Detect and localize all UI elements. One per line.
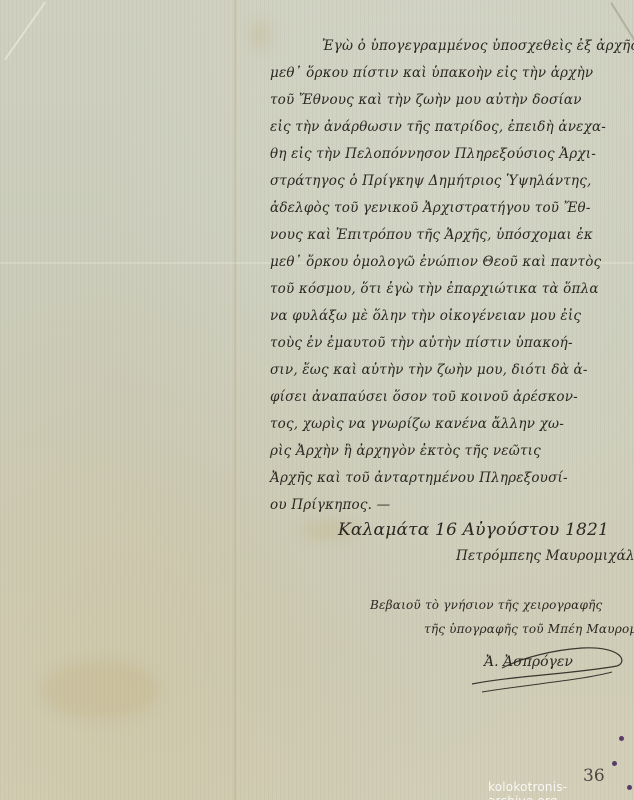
body-line: θη εἰς τὴν Πελοπόννησον Πληρεξούσιος Ἀρχ… [270,146,596,162]
attestation-line: τῆς ὑπογραφῆς τοῦ Μπέη Μαυρομιχάλη [424,622,634,636]
body-line: ου Πρίγκηπος. — [270,497,390,513]
attestation-line: Βεβαιοῦ τὸ γνήσιον τῆς χειρογραφῆς [370,598,602,612]
paper-stain [250,20,270,50]
body-line: μεθ᾽ ὅρκου πίστιν καὶ ὑπακοὴν εἰς τὴν ἀρ… [270,65,593,81]
signatory-name: Πετρόμπεης Μαυρομιχάλης [456,548,634,564]
body-line: στράτηγος ὁ Πρίγκηψ Δημήτριος Ὑψηλάντης, [270,173,591,189]
signature-text: Ἀ. Ἀσπρόγεν [484,654,573,670]
body-line: τοῦ Ἔθνους καὶ τὴν ζωὴν μου αὐτὴν δοσίαν [270,92,582,108]
body-line: ρὶς Ἀρχὴν ἢ ἀρχηγὸν ἐκτὸς τῆς νεῶτις [270,443,541,459]
body-line: τοῦ κόσμου, ὅτι ἐγὼ τὴν ἐπαρχιώτικα τὰ ὅ… [270,281,599,297]
body-line: μεθ᾽ ὅρκου ὁμολογῶ ἐνώπιον Θεοῦ καὶ παντ… [270,254,601,270]
body-line: ἀδελφὸς τοῦ γενικοῦ Ἀρχιστρατήγου τοῦ Ἔθ… [270,200,591,216]
body-line: εἰς τὴν ἀνάρθωσιν τῆς πατρίδος, ἐπειδὴ ἀ… [270,119,606,135]
vertical-fold-line [234,0,237,800]
dateline: Καλαμάτα 16 Αὐγούστου 1821 [338,520,609,540]
attestation-signature: Ἀ. Ἀσπρόγεν [462,640,632,700]
signature-flourish-icon [462,640,632,700]
body-line: σιν, ἕως καὶ αὐτὴν τὴν ζωὴν μου, διότι δ… [270,362,588,378]
paper-crease [4,2,46,60]
body-line: να φυλάξω μὲ ὅλην τὴν οἰκογένειαν μου ἐἰ… [270,308,581,324]
body-line: νους καὶ Ἐπιτρόπου τῆς Ἀρχῆς, ὑπόσχομαι … [270,227,593,243]
body-line: τος, χωρὶς να γνωρίζω κανένα ἄλλην χω- [270,416,564,432]
scanned-document-page: Ἐγὼ ὁ ὑπογεγραμμένος ὑποσχεθεὶς ἐξ ἀρχῆς… [0,0,634,800]
ink-mark [619,736,624,741]
body-line: Ἐγὼ ὁ ὑπογεγραμμένος ὑποσχεθεὶς ἐξ ἀρχῆς [322,38,634,54]
body-line: Ἀρχῆς καὶ τοῦ ἀνταρτημένου Πληρεξουσί- [270,470,568,486]
paper-stain [40,660,160,720]
body-line: τοὺς ἐν ἐμαυτοῦ τὴν αὐτὴν πίστιν ὑπακοή- [270,335,573,351]
ink-mark [612,761,617,766]
body-line: φίσει ἀναπαύσει ὅσον τοῦ κοινοῦ ἀρέσκον- [270,389,578,405]
archive-watermark: kolokotronis-archive.org [488,780,634,800]
